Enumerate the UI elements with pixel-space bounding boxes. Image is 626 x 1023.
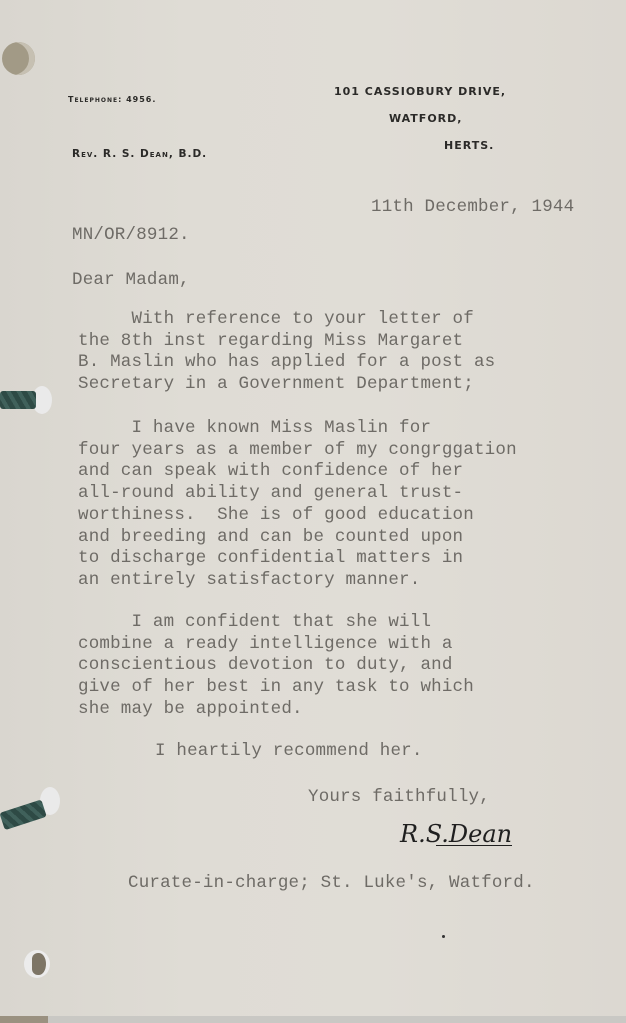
letterhead-address-line: 101 CASSIOBURY DRIVE,: [334, 85, 506, 98]
body-paragraph: With reference to your letter of the 8th…: [78, 309, 495, 396]
punch-hole: [2, 42, 35, 75]
binding-string: [0, 799, 47, 830]
signer-title: Curate-in-charge; St. Luke's, Watford.: [128, 873, 535, 893]
letterhead-address-line: HERTS.: [444, 139, 494, 152]
letter-date: 11th December, 1944: [371, 197, 574, 217]
binding-string: [0, 391, 36, 409]
background-surface: [0, 1016, 626, 1023]
signature: R.S.Dean: [400, 820, 512, 848]
ink-speck: [442, 935, 445, 938]
letter-page: Telephone: 4956. Rev. R. S. Dean, B.D. 1…: [0, 0, 626, 1016]
body-paragraph: I have known Miss Maslin for four years …: [78, 418, 517, 592]
letterhead-address-line: WATFORD,: [389, 112, 462, 125]
letterhead-sender: Rev. R. S. Dean, B.D.: [72, 148, 207, 160]
body-paragraph: I am confident that she will combine a r…: [78, 612, 474, 721]
closing: Yours faithfully,: [308, 787, 490, 807]
punch-hole: [24, 950, 50, 978]
reference-number: MN/OR/8912.: [72, 225, 190, 245]
salutation: Dear Madam,: [72, 270, 190, 290]
recommendation-line: I heartily recommend her.: [155, 741, 423, 761]
letterhead-telephone: Telephone: 4956.: [68, 95, 156, 104]
